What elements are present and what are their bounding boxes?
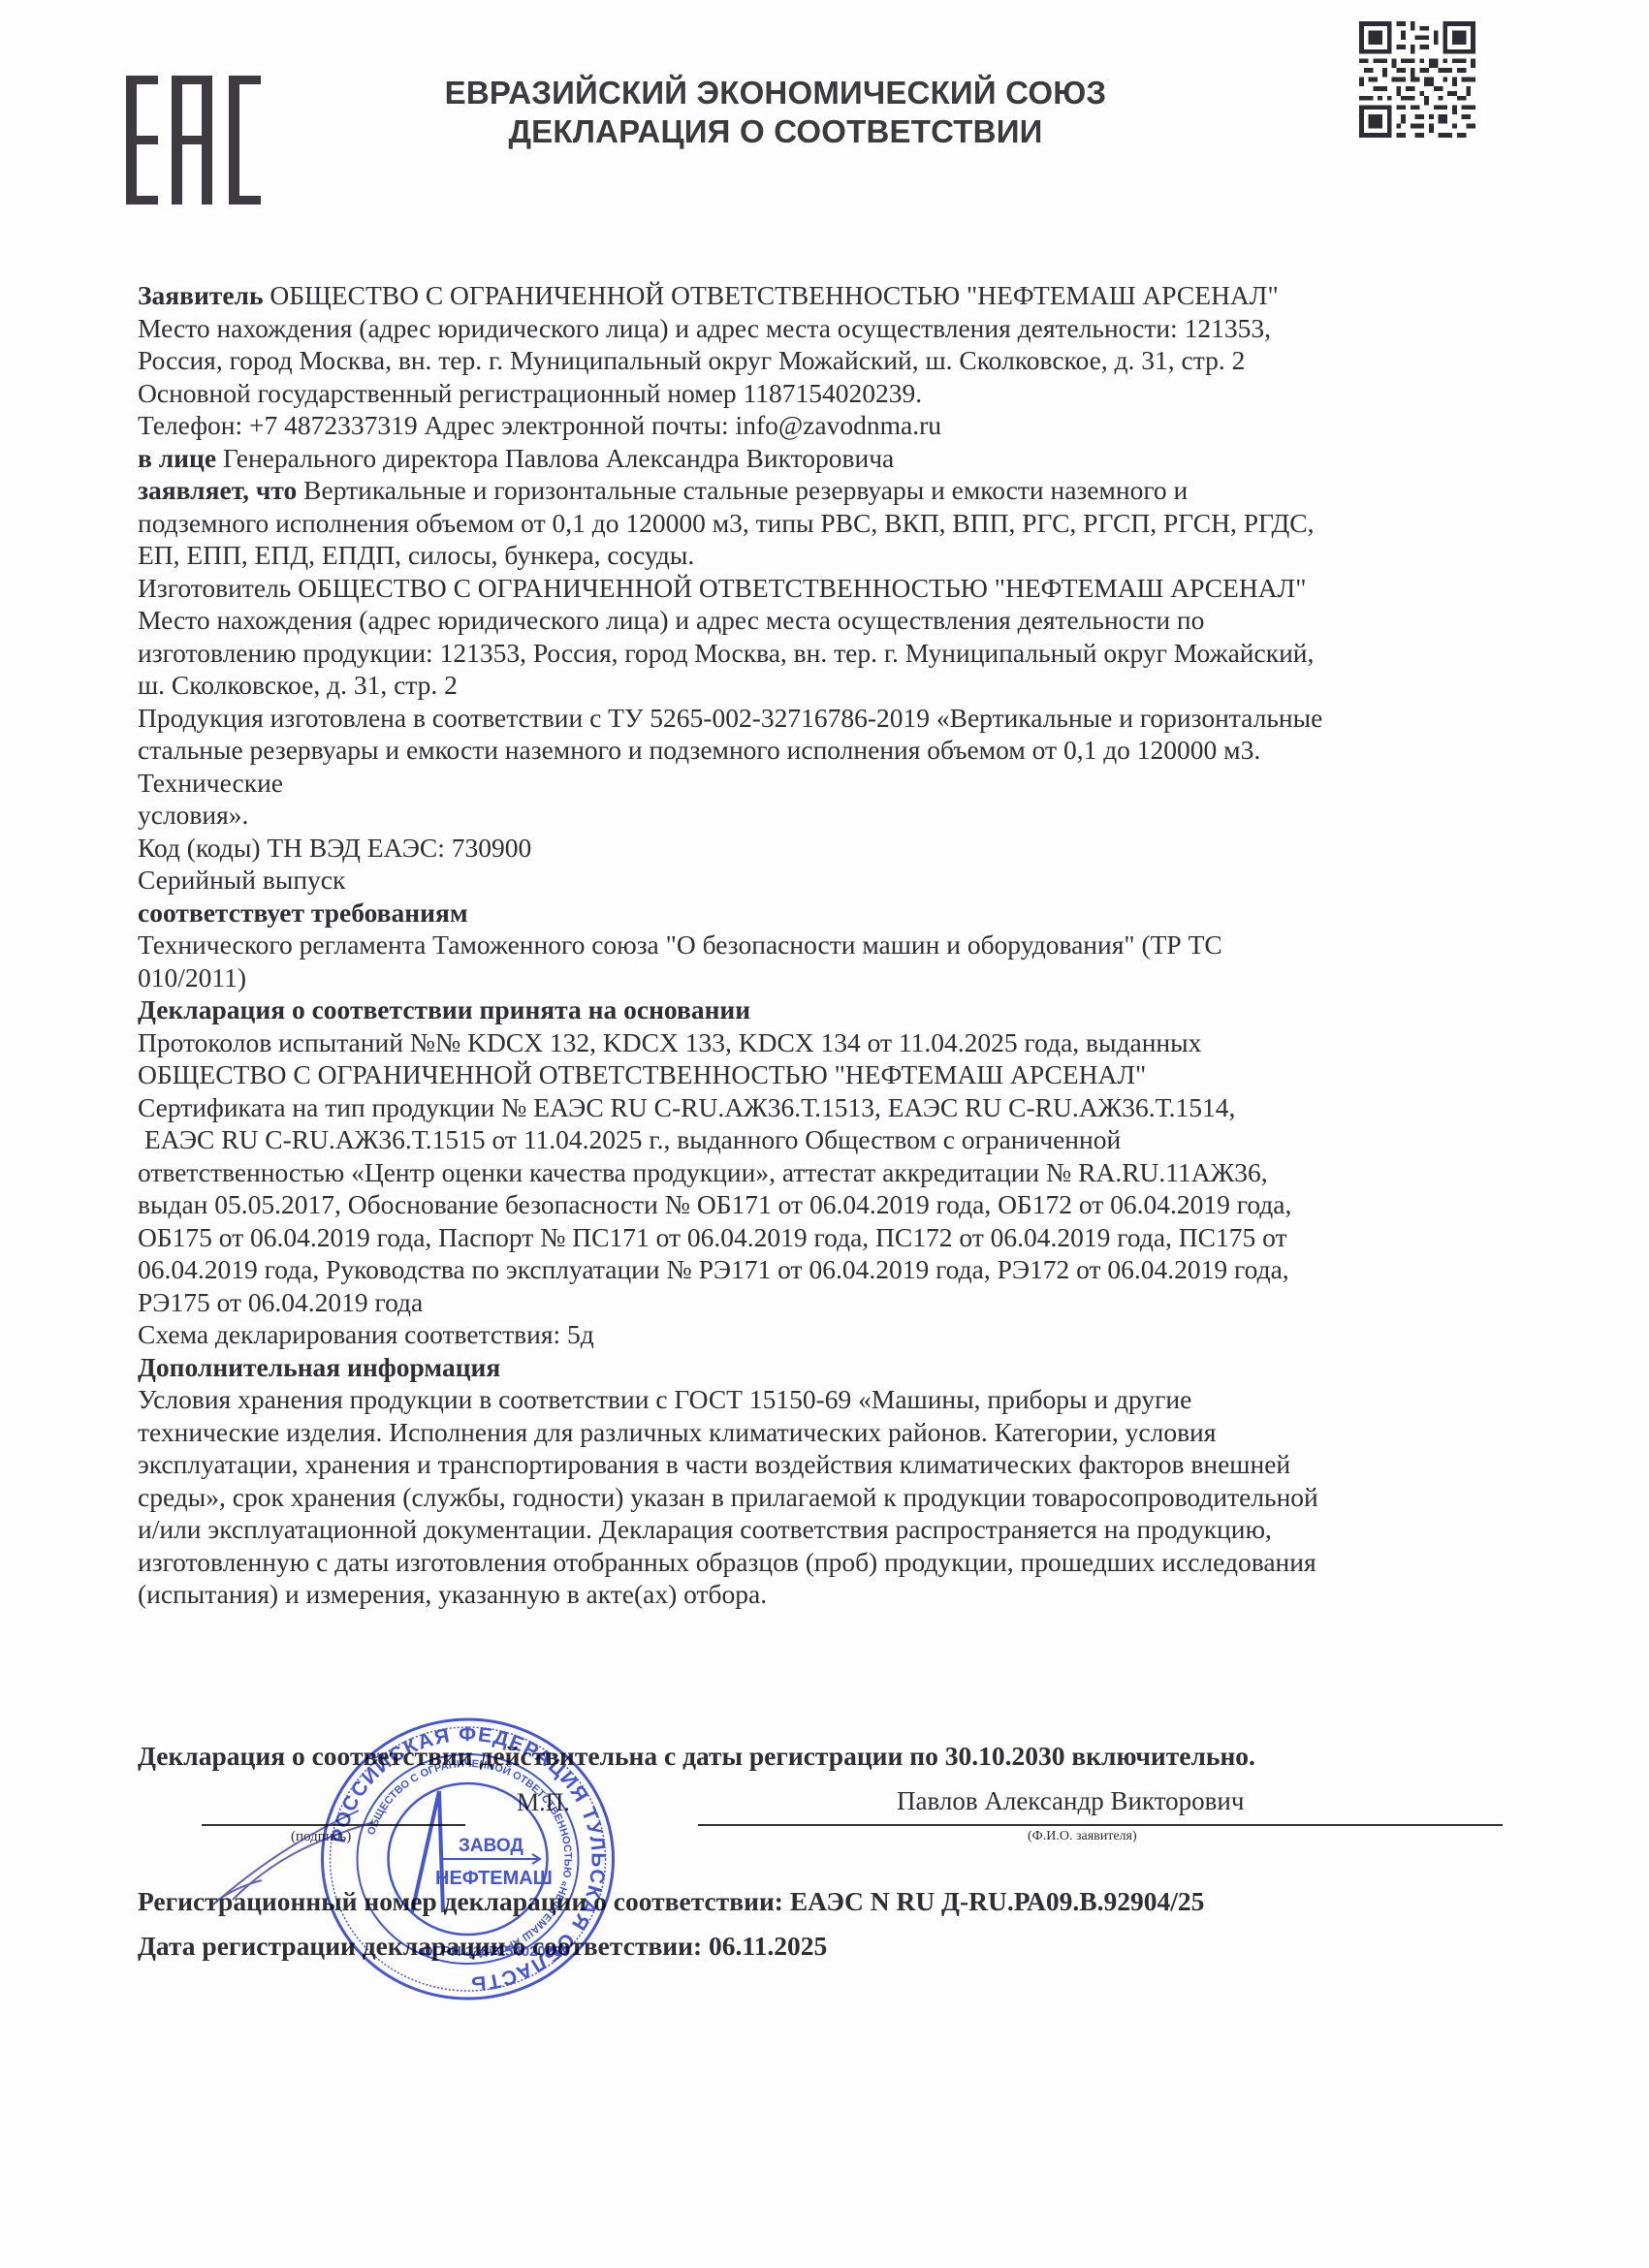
basis-line: ОБ175 от 06.04.2019 года, Паспорт № ПС17… xyxy=(138,1221,1514,1254)
applicant-ogrn: Основной государственный регистрационный… xyxy=(138,377,1514,410)
applicant-full-name: Павлов Александр Викторович xyxy=(897,1786,1244,1816)
qr-code xyxy=(1357,21,1477,138)
additional-info-line: и/или эксплуатационной документации. Дек… xyxy=(138,1513,1514,1546)
standard-line-3: Технические xyxy=(138,767,1514,800)
additional-info-line: Условия хранения продукции в соответстви… xyxy=(138,1383,1514,1416)
eac-logo xyxy=(126,76,271,205)
standard-line-2: стальные резервуары и емкости наземного … xyxy=(138,734,1514,767)
basis-line: Протоколов испытаний №№ KDCX 132, KDCX 1… xyxy=(138,1026,1514,1059)
validity-statement: Декларация о соответствии действительна … xyxy=(138,1741,1255,1772)
manufacturer-line-3: изготовлению продукции: 121353, Россия, … xyxy=(138,637,1514,670)
requirements-heading: соответствует требованиям xyxy=(138,897,1514,929)
basis-line: Сертификата на тип продукции № ЕАЭС RU С… xyxy=(138,1091,1514,1124)
applicant-name: ОБЩЕСТВО С ОГРАНИЧЕННОЙ ОТВЕТСТВЕННОСТЬЮ… xyxy=(264,280,1279,310)
represented-by-line: в лице Генерального директора Павлова Ал… xyxy=(138,442,1514,475)
manufacturer-line-1: Изготовитель ОБЩЕСТВО С ОГРАНИЧЕННОЙ ОТВ… xyxy=(138,572,1514,605)
additional-info-line: изготовленную с даты изготовления отобра… xyxy=(138,1546,1514,1579)
additional-info-line: среды», срок хранения (службы, годности)… xyxy=(138,1481,1514,1514)
applicant-address-1: Место нахождения (адрес юридического лиц… xyxy=(138,312,1514,345)
basis-line: выдан 05.05.2017, Обоснование безопаснос… xyxy=(138,1188,1514,1221)
represented-by: Генерального директора Павлова Александр… xyxy=(216,443,894,473)
basis-line: РЭ175 от 06.04.2019 года xyxy=(138,1286,1514,1319)
product-line-3: ЕП, ЕПП, ЕПД, ЕПДП, силосы, бункера, сос… xyxy=(138,539,1514,572)
product-line-2: подземного исполнения объемом от 0,1 до … xyxy=(138,507,1514,540)
additional-info-heading: Дополнительная информация xyxy=(138,1351,1514,1384)
applicant-address-2: Россия, город Москва, вн. тер. г. Муници… xyxy=(138,344,1514,377)
eac-mark-icon xyxy=(126,76,271,205)
declares-label: заявляет, что xyxy=(138,475,297,505)
basis-line: ответственностью «Центр оценки качества … xyxy=(138,1156,1514,1189)
title-union: ЕВРАЗИЙСКИЙ ЭКОНОМИЧЕСКИЙ СОЮЗ xyxy=(427,74,1125,112)
name-line xyxy=(698,1824,1503,1826)
seal-icon: РОССИЙСКАЯ ФЕДЕРАЦИЯ ТУЛЬСКАЯ ОБЛАСТЬ ОБ… xyxy=(315,1714,620,2004)
applicant-contacts: Телефон: +7 4872337319 Адрес электронной… xyxy=(138,409,1514,442)
additional-info-line: эксплуатации, хранения и транспортирован… xyxy=(138,1448,1514,1481)
additional-info-line: (испытания) и измерения, указанную в акт… xyxy=(138,1578,1514,1611)
basis-line: ЕАЭС RU С-RU.АЖ36.Т.1515 от 11.04.2025 г… xyxy=(138,1123,1514,1156)
hs-code: Код (коды) ТН ВЭД ЕАЭС: 730900 xyxy=(138,832,1514,865)
applicant-name-caption: (Ф.И.О. заявителя) xyxy=(1028,1829,1137,1844)
basis-line: ОБЩЕСТВО С ОГРАНИЧЕННОЙ ОТВЕТСТВЕННОСТЬЮ… xyxy=(138,1058,1514,1091)
svg-text:ОГРН 1187154020239: ОГРН 1187154020239 xyxy=(422,1943,570,1960)
product-line-1: Вертикальные и горизонтальные стальные р… xyxy=(297,475,1188,505)
represented-label: в лице xyxy=(138,443,216,473)
requirements-line-1: Технического регламента Таможенного союз… xyxy=(138,929,1514,961)
manufacturer-line-4: ш. Сколковское, д. 31, стр. 2 xyxy=(138,669,1514,702)
standard-line-1: Продукция изготовлена в соответствии с Т… xyxy=(138,702,1514,735)
declaration-scheme: Схема декларирования соответствия: 5д xyxy=(138,1318,1514,1351)
declaration-body: Заявитель ОБЩЕСТВО С ОГРАНИЧЕННОЙ ОТВЕТС… xyxy=(138,279,1514,1611)
qr-code-icon xyxy=(1357,21,1477,138)
additional-info-line: технические изделия. Исполнения для разл… xyxy=(138,1416,1514,1449)
basis-heading: Декларация о соответствии принята на осн… xyxy=(138,993,1514,1026)
release-type: Серийный выпуск xyxy=(138,864,1514,897)
document-title: ЕВРАЗИЙСКИЙ ЭКОНОМИЧЕСКИЙ СОЮЗ ДЕКЛАРАЦИ… xyxy=(427,74,1125,151)
standard-line-4: условия». xyxy=(138,799,1514,832)
basis-line: 06.04.2019 года, Руководства по эксплуат… xyxy=(138,1253,1514,1286)
company-seal: РОССИЙСКАЯ ФЕДЕРАЦИЯ ТУЛЬСКАЯ ОБЛАСТЬ ОБ… xyxy=(315,1714,620,2004)
applicant-line: Заявитель ОБЩЕСТВО С ОГРАНИЧЕННОЙ ОТВЕТС… xyxy=(138,279,1514,312)
requirements-line-2: 010/2011) xyxy=(138,961,1514,994)
applicant-label: Заявитель xyxy=(138,280,264,310)
declares-line: заявляет, что Вертикальные и горизонталь… xyxy=(138,474,1514,507)
title-declaration: ДЕКЛАРАЦИЯ О СООТВЕТСТВИИ xyxy=(427,112,1125,151)
svg-text:НЕФТЕМАШ: НЕФТЕМАШ xyxy=(435,1868,553,1889)
svg-text:ЗАВОД: ЗАВОД xyxy=(459,1836,523,1856)
manufacturer-line-2: Место нахождения (адрес юридического лиц… xyxy=(138,604,1514,637)
